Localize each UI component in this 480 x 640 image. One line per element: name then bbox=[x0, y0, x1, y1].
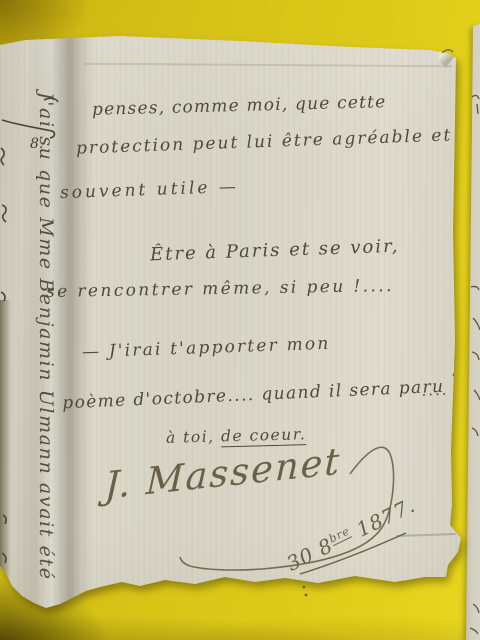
horizontal-crease bbox=[84, 63, 452, 68]
letter-line: — J'irai t'apporter mon bbox=[82, 334, 331, 364]
letter-sheet: J'ai su que Mme Benjamin Ulmann avait ét… bbox=[0, 0, 480, 640]
exclamation-marks: ?!! .... bbox=[450, 365, 480, 400]
margin-note: 8. bbox=[30, 136, 43, 152]
letter-line: penses, comme moi, que cette bbox=[92, 92, 387, 121]
bottom-right-crease bbox=[396, 533, 456, 537]
letter-line-text: poème d'octobre.... quand il sera paru bbox=[62, 377, 445, 414]
trailing-dots: .... bbox=[421, 381, 449, 401]
letter-sheet-wrap: J'ai su que Mme Benjamin Ulmann avait ét… bbox=[0, 0, 480, 640]
left-edge-shadow bbox=[0, 300, 11, 585]
signature: J. Massenet bbox=[104, 439, 342, 507]
closing-pre: à toi, bbox=[166, 427, 221, 446]
date-day: 30 bbox=[283, 542, 318, 576]
letter-line: se rencontrer même, si peu !.... bbox=[46, 276, 394, 303]
letter-line: protection peut lui être agréable et bbox=[76, 125, 453, 159]
photo-of-handwritten-letter: J'ai su que Mme Benjamin Ulmann avait ét… bbox=[0, 0, 480, 640]
letter-line: Être à Paris et se voir, bbox=[150, 236, 400, 267]
side-page-handwriting: J'ai su que Mme Benjamin Ulmann avait ét… bbox=[35, 92, 57, 582]
letter-line: poème d'octobre.... quand il sera paru ?… bbox=[61, 365, 480, 417]
exclamation-marks-big: ?!! bbox=[449, 351, 480, 388]
